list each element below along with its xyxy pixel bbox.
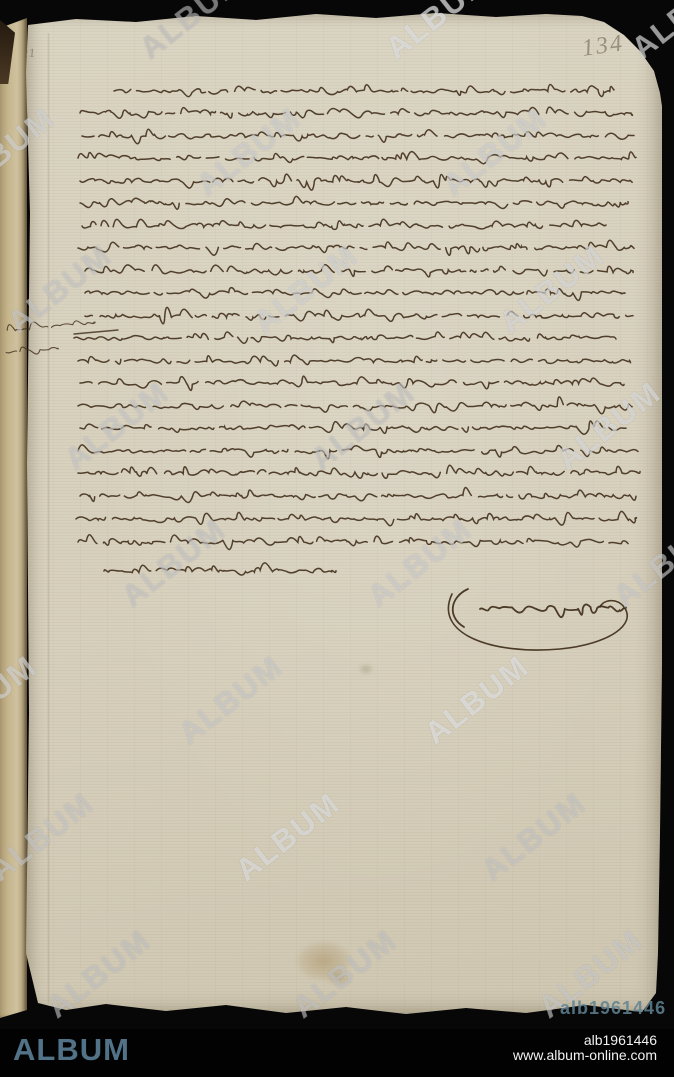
pencil-folio-number: 134: [580, 30, 625, 63]
ink-stain-large: [296, 941, 352, 981]
ink-speck: [358, 663, 374, 675]
page-crease: [47, 33, 50, 1003]
watermark-image-id: alb1961446: [560, 998, 666, 1019]
ink-stain-small: [326, 969, 352, 987]
footer-bar: ALBUM alb1961446 www.album-online.com: [0, 1029, 674, 1077]
stock-photo-of-manuscript: 21 134 ALBUMALBUMALBUMALBUMALBUMALBUMALB…: [0, 0, 674, 1077]
album-logo: ALBUM: [13, 1032, 130, 1068]
adjacent-page-edge: [0, 18, 27, 1018]
footer-image-id: alb1961446: [513, 1033, 657, 1048]
manuscript-page: 21 134: [26, 13, 662, 1015]
footer-website: www.album-online.com: [513, 1048, 657, 1063]
